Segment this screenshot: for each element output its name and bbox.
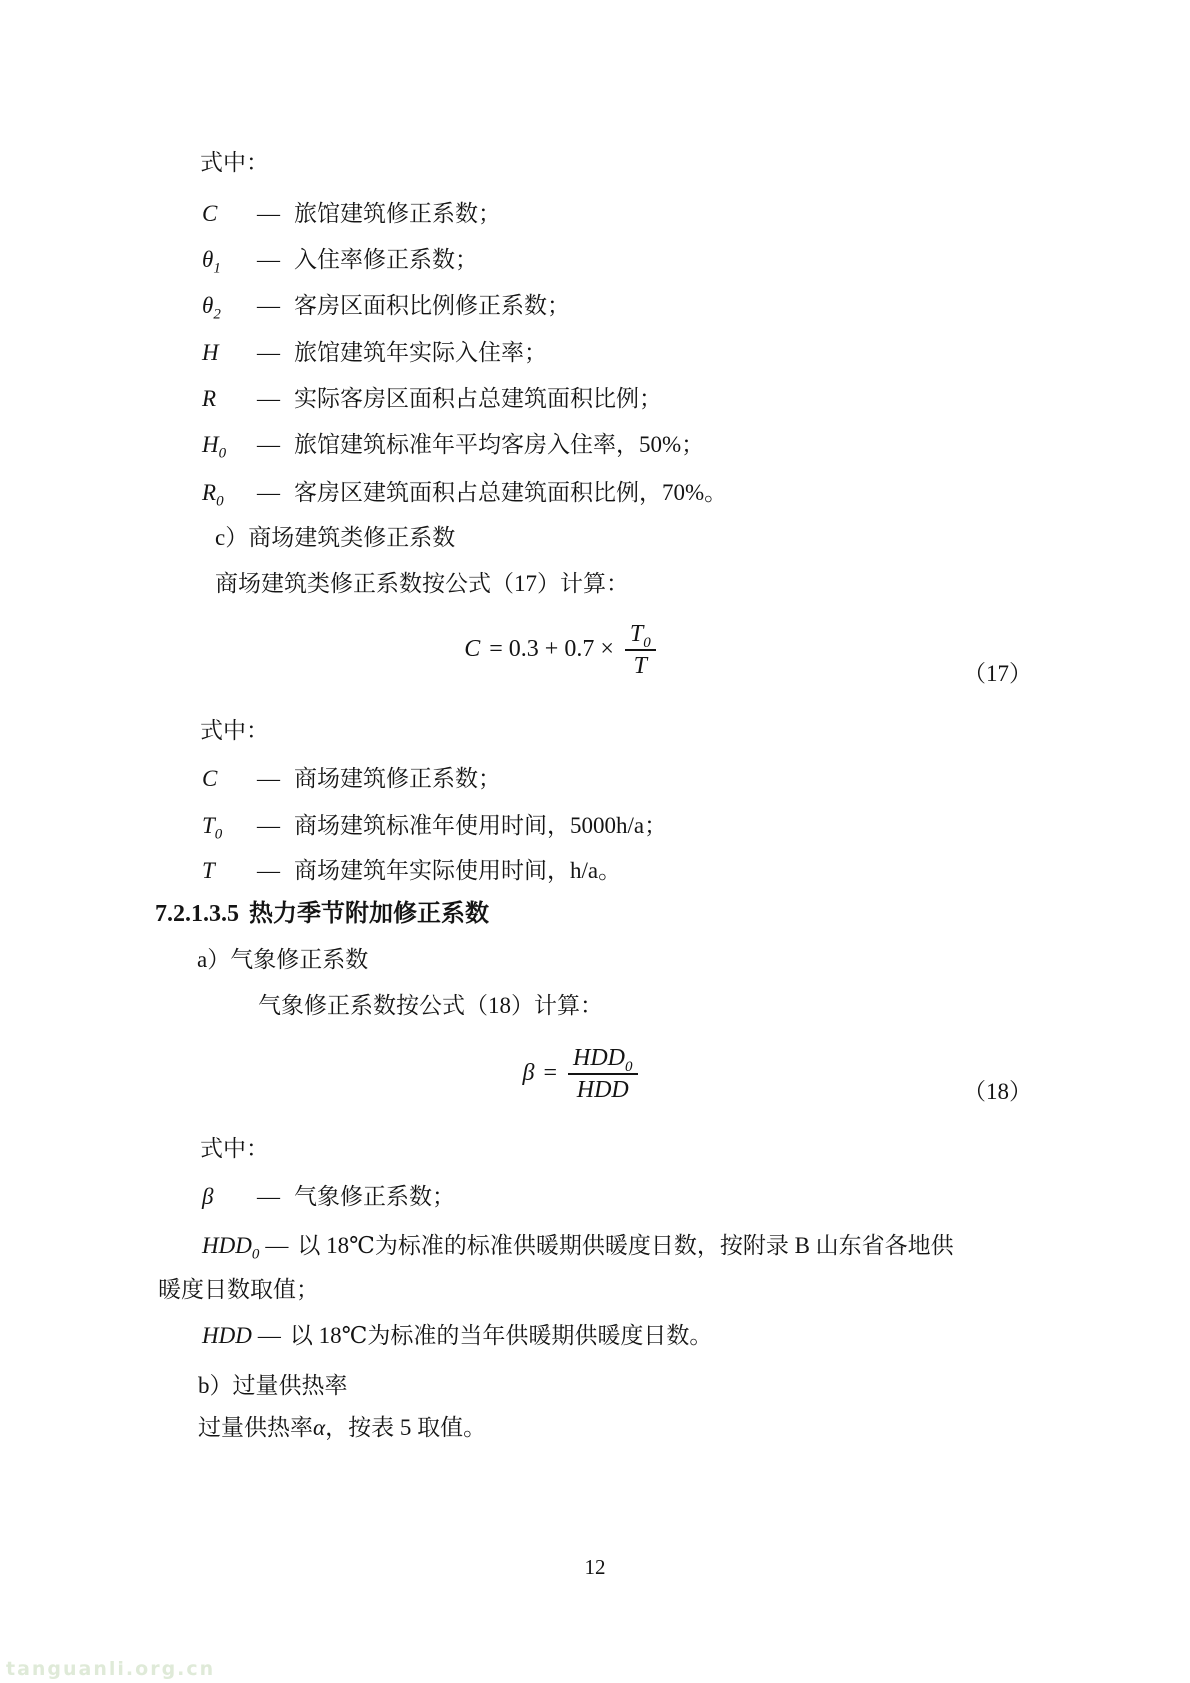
formula-18: β=HDD0HDD [155, 1044, 1005, 1104]
term-description: 气象修正系数； [294, 1184, 455, 1209]
fraction: HDD0HDD [568, 1044, 638, 1104]
em-dash: — [257, 811, 280, 841]
term-symbol: θ1 [202, 245, 257, 275]
formula-lhs: β [523, 1060, 535, 1086]
term-symbol: R [202, 384, 257, 414]
list-item-b: b）过量供热率 [198, 1371, 348, 1401]
list-item-c: c）商场建筑类修正系数 [215, 523, 455, 553]
term-symbol: C [202, 764, 257, 794]
term-row-R: R—实际客房区面积占总建筑面积比例； [202, 384, 662, 414]
term-row-C1: C—旅馆建筑修正系数； [202, 199, 501, 229]
formula-18-number: （18） [963, 1077, 1032, 1107]
term-row-HDD0: HDD0—以 18℃为标准的标准供暖期供暖度日数，按附录 B 山东省各地供 [202, 1231, 954, 1261]
em-dash: — [257, 478, 280, 508]
term-row-H: H—旅馆建筑年实际入住率； [202, 338, 547, 368]
term-description: 以 18℃为标准的标准供暖期供暖度日数，按附录 B 山东省各地供 [297, 1233, 953, 1258]
paragraph-formula18-lead: 气象修正系数按公式（18）计算： [258, 991, 603, 1021]
em-dash: — [257, 245, 280, 275]
term-symbol: H0 [202, 430, 257, 460]
formula-17: C= 0.3 + 0.7 ×T0T [155, 620, 965, 680]
term-row-H0: H0—旅馆建筑标准年平均客房入住率，50%； [202, 430, 704, 460]
term-symbol: θ2 [202, 291, 257, 321]
formula-operator-text: = 0.3 + 0.7 × [489, 636, 614, 662]
term-description: 商场建筑标准年使用时间，5000h/a； [294, 813, 667, 838]
term-description: 旅馆建筑标准年平均客房入住率，50%； [294, 432, 704, 457]
em-dash: — [257, 1182, 280, 1212]
terms3-intro: 式中： [200, 1134, 269, 1164]
em-dash: — [257, 338, 280, 368]
term-description: 以 18℃为标准的当年供暖期供暖度日数。 [290, 1323, 712, 1348]
term-symbol: C [202, 199, 257, 229]
fraction-denominator: HDD [568, 1075, 638, 1104]
term-row-theta1: θ1—入住率修正系数； [202, 245, 478, 275]
em-dash: — [265, 1231, 288, 1261]
em-dash: — [257, 430, 280, 460]
page-number: 12 [0, 1554, 1190, 1580]
fraction-numerator: HDD0 [568, 1044, 638, 1075]
term-description: 客房区建筑面积占总建筑面积比例，70%。 [294, 480, 727, 505]
formula-lhs: C [464, 636, 480, 662]
formula-operator-text: = [543, 1060, 557, 1086]
term-symbol: T [202, 856, 257, 886]
term-description: 旅馆建筑年实际入住率； [294, 340, 547, 365]
term-row-HDD: HDD—以 18℃为标准的当年供暖期供暖度日数。 [202, 1321, 712, 1351]
term-description: 实际客房区面积占总建筑面积比例； [294, 386, 662, 411]
em-dash: — [257, 384, 280, 414]
term-row-C2: C—商场建筑修正系数； [202, 764, 501, 794]
term-symbol: R0 [202, 478, 257, 508]
term-description: 商场建筑修正系数； [294, 766, 501, 791]
em-dash: — [257, 856, 280, 886]
term-row-T0: T0—商场建筑标准年使用时间，5000h/a； [202, 811, 667, 841]
term-symbol: H [202, 338, 257, 368]
term-description: 客房区面积比例修正系数； [294, 293, 570, 318]
term-row-R0: R0—客房区建筑面积占总建筑面积比例，70%。 [202, 478, 727, 508]
em-dash: — [257, 199, 280, 229]
term-description: 入住率修正系数； [294, 247, 478, 272]
fraction-numerator: T0 [625, 620, 656, 651]
em-dash: — [257, 291, 280, 321]
em-dash: — [257, 764, 280, 794]
formula-17-number: （17） [963, 659, 1032, 689]
list-item-a: a）气象修正系数 [197, 945, 368, 975]
term-description: 商场建筑年实际使用时间，h/a。 [294, 858, 621, 883]
term-symbol: T0 [202, 811, 257, 841]
paragraph-alpha: 过量供热率α，按表 5 取值。 [198, 1413, 486, 1443]
terms1-intro: 式中： [200, 148, 269, 178]
terms2-intro: 式中： [200, 716, 269, 746]
alpha-post-text: ，按表 5 取值。 [325, 1415, 486, 1440]
term-symbol: HDD [202, 1321, 252, 1351]
term-row-theta2: θ2—客房区面积比例修正系数； [202, 291, 570, 321]
term-row-beta: β—气象修正系数； [202, 1182, 455, 1212]
term-description: 旅馆建筑修正系数； [294, 201, 501, 226]
term-symbol: HDD0 [202, 1231, 259, 1261]
section-title: 热力季节附加修正系数 [249, 901, 489, 927]
term-symbol: β [202, 1182, 257, 1212]
term-description-wrap: 暖度日数取值； [158, 1275, 319, 1305]
fraction: T0T [625, 620, 656, 680]
term-row-T: T—商场建筑年实际使用时间，h/a。 [202, 856, 621, 886]
alpha-symbol: α [313, 1415, 325, 1440]
section-heading: 7.2.1.3.5热力季节附加修正系数 [155, 899, 489, 929]
section-number: 7.2.1.3.5 [155, 901, 239, 927]
document-page: 式中： C—旅馆建筑修正系数； θ1—入住率修正系数； θ2—客房区面积比例修正… [0, 0, 1190, 1683]
em-dash: — [258, 1321, 281, 1351]
watermark: tanguanli.org.cn [6, 1658, 215, 1680]
paragraph-formula17-lead: 商场建筑类修正系数按公式（17）计算： [215, 569, 629, 599]
fraction-denominator: T [625, 651, 656, 680]
alpha-pre-text: 过量供热率 [198, 1415, 313, 1440]
